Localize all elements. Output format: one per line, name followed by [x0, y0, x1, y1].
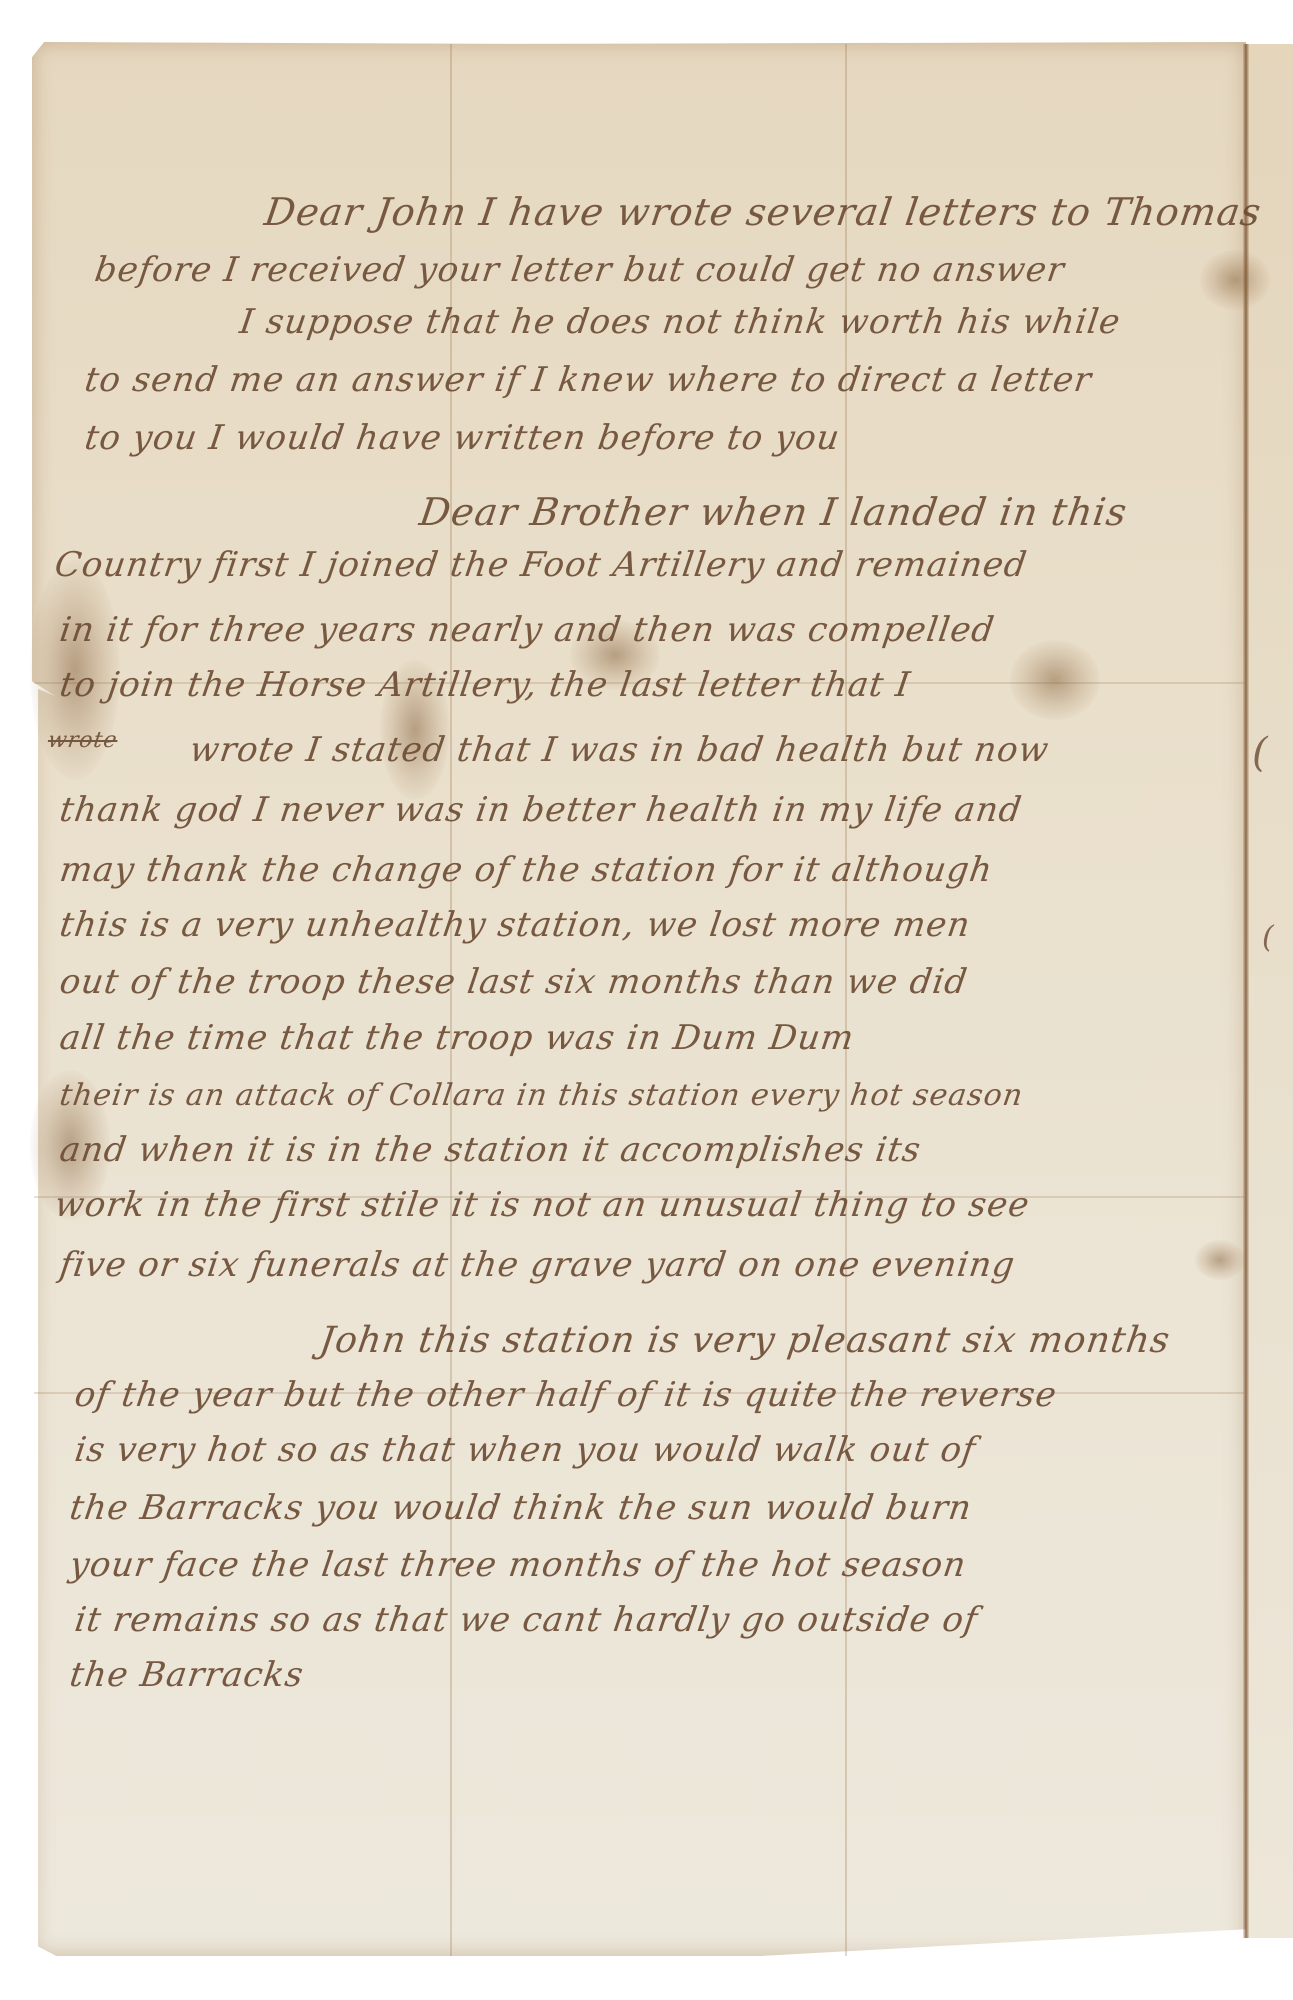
letter-line: this is a very unhealthy station, we los… [57, 905, 973, 945]
binding-fold [1243, 44, 1249, 1938]
second-page-ink-mark: ( [1252, 730, 1268, 776]
letter-line: wrote I stated that I was in bad health … [187, 730, 1052, 770]
letter-line: their is an attack of Collara in this st… [58, 1078, 1026, 1113]
letter-line: all the time that the troop was in Dum D… [57, 1018, 857, 1058]
letter-line: I suppose that he does not think worth h… [237, 302, 1123, 342]
foxing-stain [1195, 1240, 1245, 1280]
letter-line: Dear John I have wrote several letters t… [262, 190, 1264, 234]
foxing-stain [1200, 250, 1270, 310]
letter-line: work in the first stile it is not an unu… [52, 1185, 1032, 1225]
letter-line: Country first I joined the Foot Artiller… [52, 545, 1030, 585]
letter-line: out of the troop these last six months t… [57, 962, 970, 1002]
letter-line: before I received your letter but could … [92, 250, 1067, 290]
letter-line: John this station is very pleasant six m… [317, 1320, 1173, 1361]
struck-margin-word: wrote [46, 728, 119, 753]
second-page-ink-mark: ( [1262, 920, 1274, 955]
letter-line: to join the Horse Artillery, the last le… [57, 665, 913, 705]
letter-line: the Barracks [67, 1655, 306, 1695]
letter-line: Dear Brother when I landed in this [417, 490, 1130, 534]
letter-line: of the year but the other half of it is … [72, 1375, 1059, 1415]
letter-line: to send me an answer if I knew where to … [82, 360, 1094, 400]
letter-line: to you I would have written before to yo… [82, 418, 842, 458]
letter-line: thank god I never was in better health i… [57, 790, 1024, 830]
letter-line: in it for three years nearly and then wa… [57, 610, 997, 650]
letter-line: the Barracks you would think the sun wou… [67, 1488, 974, 1528]
letter-line: and when it is in the station it accompl… [57, 1130, 923, 1170]
letter-line: may thank the change of the station for … [57, 850, 995, 890]
letter-line: is very hot so as that when you would wa… [72, 1430, 978, 1470]
foxing-stain [1010, 640, 1100, 720]
letter-line: your face the last three months of the h… [67, 1545, 969, 1585]
letter-line: five or six funerals at the grave yard o… [57, 1245, 1018, 1285]
letter-line: it remains so as that we cant hardly go … [72, 1600, 980, 1640]
second-page-edge [1246, 44, 1293, 1938]
